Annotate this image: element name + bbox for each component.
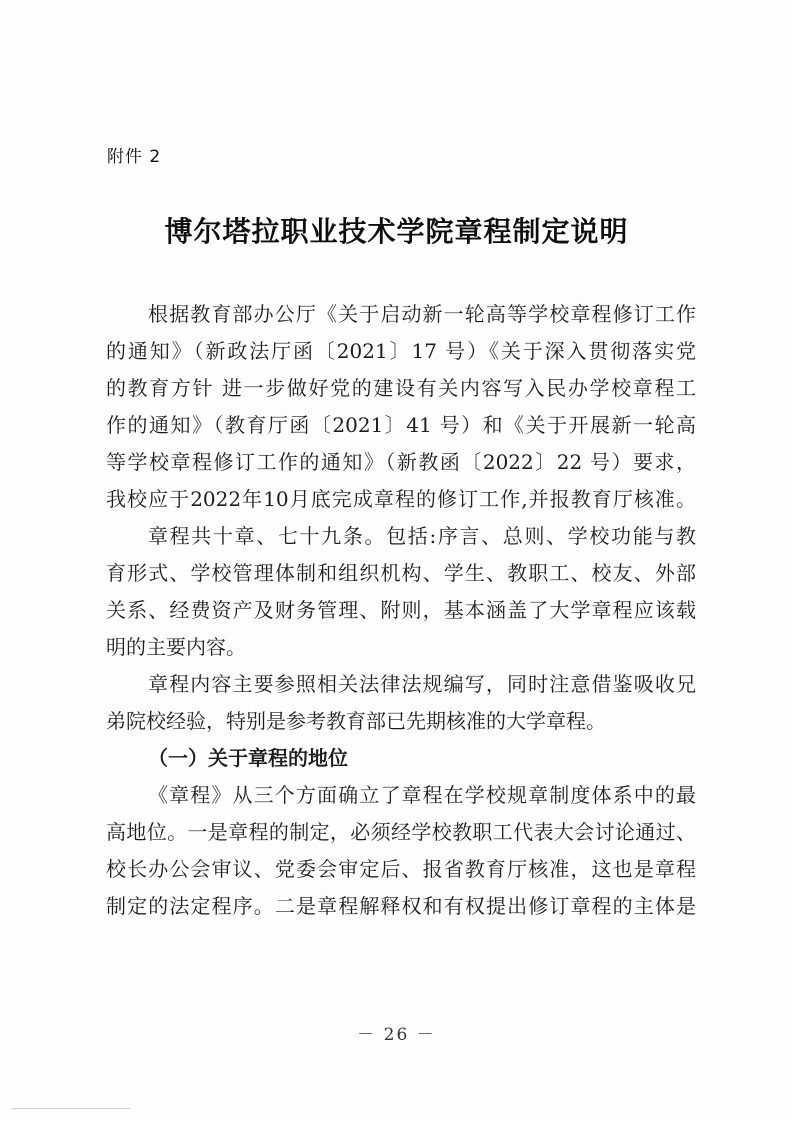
paragraph-line: 关系、经费资产及财务管理、附则，基本涵盖了大学章程应该载 <box>106 592 696 629</box>
attachment-label: 附件 2 <box>107 142 161 167</box>
paragraph-line: 高地位。一是章程的制定，必须经学校教职工代表大会讨论通过、 <box>106 814 696 851</box>
document-body: 根据教育部办公厅《关于启动新一轮高等学校章程修订工作 的通知》（新政法厅函〔20… <box>106 296 696 925</box>
document-page: 附件 2 博尔塔拉职业技术学院章程制定说明 根据教育部办公厅《关于启动新一轮高等… <box>0 0 793 1121</box>
paragraph-line: 明的主要内容。 <box>106 629 696 666</box>
paragraph-line: 弟院校经验，特别是参考教育部已先期核准的大学章程。 <box>106 703 696 740</box>
paragraph-line: 的通知》（新政法厅函〔2021〕17 号）《关于深入贯彻落实党 <box>106 333 696 370</box>
paragraph-line: 我校应于2022年10月底完成章程的修订工作,并报教育厅核准。 <box>106 481 696 518</box>
paragraph-line: 制定的法定程序。二是章程解释权和有权提出修订章程的主体是 <box>106 888 696 925</box>
paragraph-line: 根据教育部办公厅《关于启动新一轮高等学校章程修订工作 <box>106 296 696 333</box>
paragraph-line: 《章程》从三个方面确立了章程在学校规章制度体系中的最 <box>106 777 696 814</box>
paragraph-line: 校长办公会审议、党委会审定后、报省教育厅核准，这也是章程 <box>106 851 696 888</box>
scan-artifact-line <box>12 1108 130 1109</box>
paragraph-line: 作的通知》（教育厅函〔2021〕41 号）和《关于开展新一轮高 <box>106 407 696 444</box>
paragraph-line: 章程共十章、七十九条。包括:序言、总则、学校功能与教 <box>106 518 696 555</box>
paragraph-line: 的教育方针 进一步做好党的建设有关内容写入民办学校章程工 <box>106 370 696 407</box>
paragraph-line: 章程内容主要参照相关法律法规编写，同时注意借鉴吸收兄 <box>106 666 696 703</box>
paragraph-line: 育形式、学校管理体制和组织机构、学生、教职工、校友、外部 <box>106 555 696 592</box>
section-heading: （一）关于章程的地位 <box>106 740 696 777</box>
page-number: － 26 － <box>0 1020 793 1045</box>
document-title: 博尔塔拉职业技术学院章程制定说明 <box>0 210 793 250</box>
paragraph-line: 等学校章程修订工作的通知》（新教函〔2022〕22 号）要求， <box>106 444 696 481</box>
